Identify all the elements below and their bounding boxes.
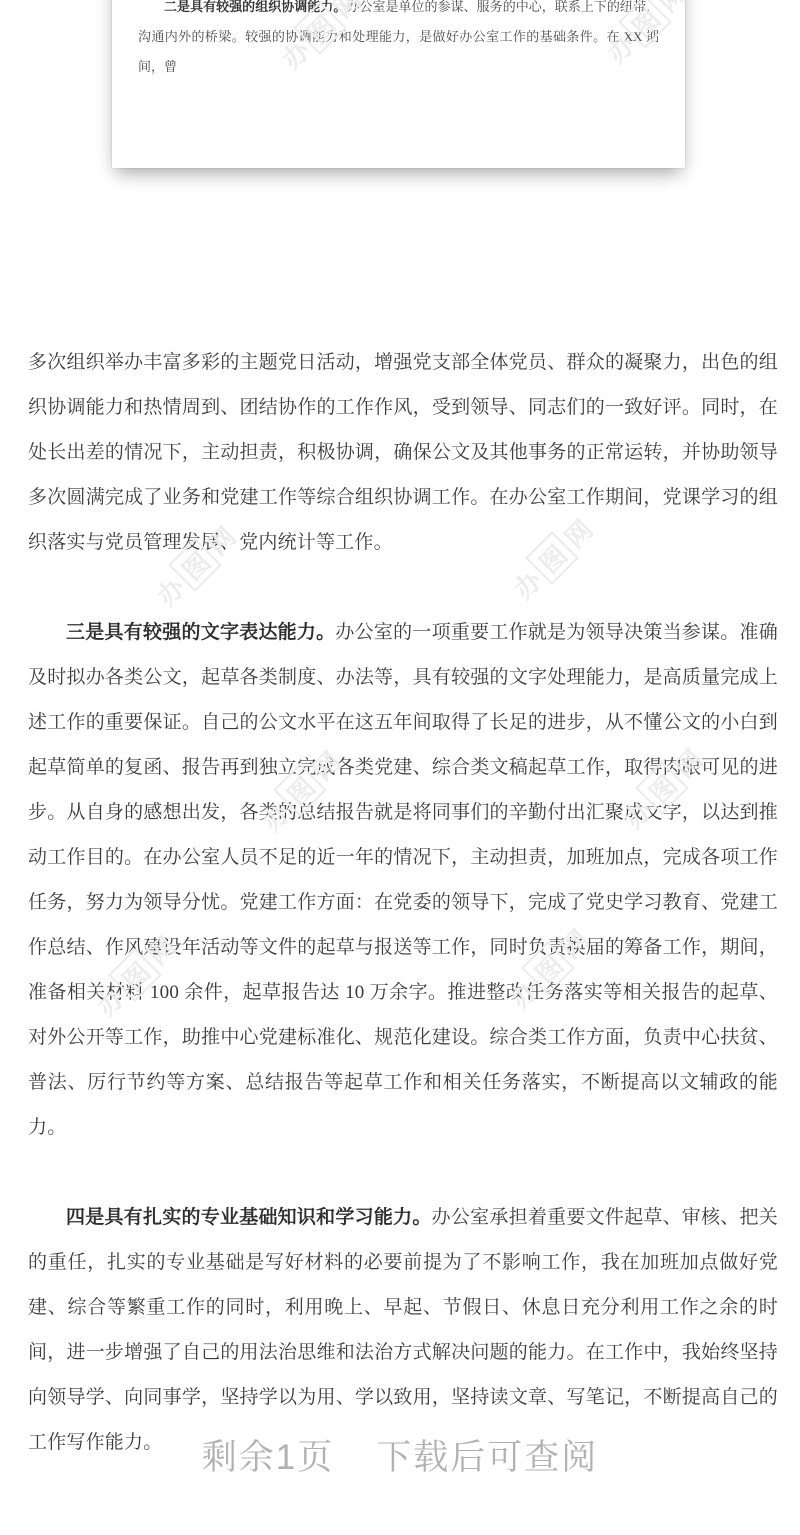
paragraph-text: 办公室的一项重要工作就是为领导决策当参谋。准确及时拟办各类公文，起草各类制度、办…: [28, 622, 778, 1138]
preview-card-paragraph: 二是具有较强的组织协调能力。办公室是单位的参谋、服务的中心，联系上下的纽带，沟通…: [138, 0, 659, 82]
previous-page-preview-card[interactable]: 二是具有较强的组织协调能力。办公室是单位的参谋、服务的中心，联系上下的纽带，沟通…: [112, 0, 685, 168]
paragraph-continuation: 多次组织举办丰富多彩的主题党日活动，增强党支部全体党员、群众的凝聚力，出色的组织…: [28, 340, 778, 565]
paragraph-point-four: 四是具有扎实的专业基础知识和学习能力。办公室承担着重要文件起草、审核、把关的重任…: [28, 1195, 778, 1465]
remaining-pages-text: 剩余1页: [202, 1438, 334, 1477]
document-preview-page: 二是具有较强的组织协调能力。办公室是单位的参谋、服务的中心，联系上下的纽带，沟通…: [0, 0, 800, 1535]
paragraph-text: 多次组织举办丰富多彩的主题党日活动，增强党支部全体党员、群众的凝聚力，出色的组织…: [28, 352, 778, 553]
document-body: 多次组织举办丰富多彩的主题党日活动，增强党支部全体党员、群众的凝聚力，出色的组织…: [28, 340, 778, 1465]
paragraph-lead: 三是具有较强的文字表达能力。: [66, 622, 335, 643]
paragraph-text: 办公室承担着重要文件起草、审核、把关的重任，扎实的专业基础是写好材料的必要前提为…: [28, 1207, 778, 1453]
remaining-pages-banner: 剩余1页下载后可查阅: [0, 1430, 800, 1480]
paragraph-lead: 四是具有扎实的专业基础知识和学习能力。: [66, 1207, 432, 1228]
paragraph-point-three: 三是具有较强的文字表达能力。办公室的一项重要工作就是为领导决策当参谋。准确及时拟…: [28, 610, 778, 1150]
preview-paragraph-lead: 二是具有较强的组织协调能力。: [164, 0, 346, 14]
download-hint-text: 下载后可查阅: [376, 1438, 598, 1477]
